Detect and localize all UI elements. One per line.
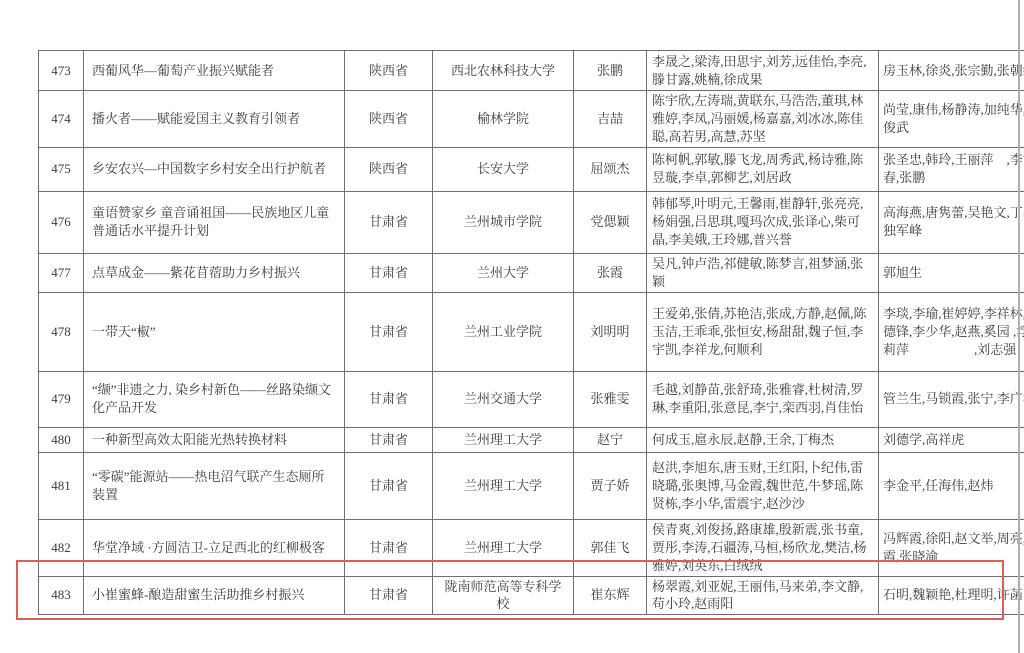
table-row: 474 播火者——赋能爱国主义教育引领者 陕西省 榆林学院 吉喆 陈宇欣,左涛瑞…	[39, 91, 1024, 148]
page-edge-line	[1018, 0, 1020, 653]
document-page: 473 西葡风华—葡萄产业振兴赋能者 陕西省 西北农林科技大学 张鹏 李晟之,梁…	[0, 0, 1024, 653]
cell-row-number: 480	[39, 427, 84, 452]
cell-leader: 党偲颖	[574, 191, 647, 253]
cell-advisors: 管兰生,马锁霞,张宁,李广根	[879, 371, 1024, 427]
cell-row-number: 475	[39, 147, 84, 191]
cell-school: 兰州城市学院	[433, 191, 574, 253]
cell-leader: 张霞	[574, 253, 647, 292]
cell-members: 吴凡,钟卢浩,祁健敏,陈梦言,祖梦涵,张颖	[647, 253, 879, 292]
table-row: 478 一带天“椒” 甘肃省 兰州工业学院 刘明明 王爱弟,张倩,苏艳洁,张成,…	[39, 292, 1024, 371]
table-row: 479 “缬”非遗之力, 染乡村新色——丝路染缬文化产品开发 甘肃省 兰州交通大…	[39, 371, 1024, 427]
cell-members: 何成玉,扈永辰,赵静,王余,丁梅杰	[647, 427, 879, 452]
cell-project-name: 一种新型高效太阳能光热转换材料	[84, 427, 345, 452]
cell-province: 陕西省	[345, 147, 433, 191]
cell-province: 甘肃省	[345, 519, 433, 576]
table-row: 476 童语赞家乡 童音诵祖国——民族地区儿童普通话水平提升计划 甘肃省 兰州城…	[39, 191, 1024, 253]
cell-advisors: 冯辉霞,徐阳,赵文举,周亮,赵霞,张晓渝	[879, 519, 1024, 576]
cell-leader: 刘明明	[574, 292, 647, 371]
cell-province: 陕西省	[345, 51, 433, 91]
table-row: 473 西葡风华—葡萄产业振兴赋能者 陕西省 西北农林科技大学 张鹏 李晟之,梁…	[39, 51, 1024, 91]
cell-members: 王爱弟,张倩,苏艳洁,张成,方静,赵佩,陈玉洁,王乖乖,张恒安,杨甜甜,魏子恒,…	[647, 292, 879, 371]
cell-leader: 屈颂杰	[574, 147, 647, 191]
table-row: 475 乡安农兴—中国数字乡村安全出行护航者 陕西省 长安大学 屈颂杰 陈柯帆,…	[39, 147, 1024, 191]
cell-row-number: 482	[39, 519, 84, 576]
cell-leader: 张鹏	[574, 51, 647, 91]
cell-school: 兰州理工大学	[433, 427, 574, 452]
cell-row-number: 478	[39, 292, 84, 371]
cell-province: 陕西省	[345, 91, 433, 148]
cell-advisors: 李琰,李瑜,崔婷婷,李祥林,戴德锋,李少华,赵燕,奚园 ,浮莉萍 ,刘志强	[879, 292, 1024, 371]
cell-project-name: “零碳”能源站——热电沼气联产生态厕所装置	[84, 452, 345, 519]
table-row: 477 点草成金——紫花苜蓿助力乡村振兴 甘肃省 兰州大学 张霞 吴凡,钟卢浩,…	[39, 253, 1024, 292]
cell-advisors: 郭旭生	[879, 253, 1024, 292]
table-row: 481 “零碳”能源站——热电沼气联产生态厕所装置 甘肃省 兰州理工大学 贾子娇…	[39, 452, 1024, 519]
cell-school: 陇南师范高等专科学校	[433, 576, 574, 615]
cell-members: 李晟之,梁涛,田思宇,刘芳,远佳怡,李亮,滕甘露,姚楠,徐成果	[647, 51, 879, 91]
cell-members: 毛越,刘静苗,张舒琦,张雅睿,杜树清,罗琳,李重阳,张意昆,李宁,栾西羽,肖佳怡	[647, 371, 879, 427]
cell-leader: 吉喆	[574, 91, 647, 148]
cell-school: 兰州交通大学	[433, 371, 574, 427]
cell-school: 榆林学院	[433, 91, 574, 148]
cell-project-name: 童语赞家乡 童音诵祖国——民族地区儿童普通话水平提升计划	[84, 191, 345, 253]
cell-advisors: 高海燕,唐隽蕾,吴艳文,丁亮,独军峰	[879, 191, 1024, 253]
cell-leader: 张雅雯	[574, 371, 647, 427]
cell-members: 陈宇欣,左涛瑞,黄联东,马浩浩,董琪,林雅婷,李凤,冯丽媛,杨嘉嘉,刘冰冰,陈佳…	[647, 91, 879, 148]
cell-leader: 贾子娇	[574, 452, 647, 519]
cell-school: 兰州理工大学	[433, 519, 574, 576]
cell-row-number: 473	[39, 51, 84, 91]
cell-project-name: 一带天“椒”	[84, 292, 345, 371]
cell-advisors: 张圣忠,韩玲,王丽萍 ,李家春,张鹏	[879, 147, 1024, 191]
cell-province: 甘肃省	[345, 576, 433, 615]
cell-project-name: “缬”非遗之力, 染乡村新色——丝路染缬文化产品开发	[84, 371, 345, 427]
cell-school: 兰州工业学院	[433, 292, 574, 371]
cell-advisors: 房玉林,徐炎,张宗勤,张朝红	[879, 51, 1024, 91]
cell-project-name: 播火者——赋能爱国主义教育引领者	[84, 91, 345, 148]
cell-members: 杨翠霞,刘亚妮,王丽伟,马来弟,李文静,苟小玲,赵雨阳	[647, 576, 879, 615]
cell-advisors: 刘德学,高祥虎	[879, 427, 1024, 452]
projects-table: 473 西葡风华—葡萄产业振兴赋能者 陕西省 西北农林科技大学 张鹏 李晟之,梁…	[38, 50, 1024, 615]
table-row: 480 一种新型高效太阳能光热转换材料 甘肃省 兰州理工大学 赵宁 何成玉,扈永…	[39, 427, 1024, 452]
cell-advisors: 石明,魏颖艳,杜理明,许菡	[879, 576, 1024, 615]
cell-project-name: 华堂净域 ·方圆洁卫-立足西北的红柳极客	[84, 519, 345, 576]
table-row-highlighted: 483 小崔蜜蜂-酿造甜蜜生活助推乡村振兴 甘肃省 陇南师范高等专科学校 崔东辉…	[39, 576, 1024, 615]
cell-project-name: 乡安农兴—中国数字乡村安全出行护航者	[84, 147, 345, 191]
cell-advisors: 李金平,任海伟,赵炜	[879, 452, 1024, 519]
cell-province: 甘肃省	[345, 371, 433, 427]
cell-school: 长安大学	[433, 147, 574, 191]
cell-province: 甘肃省	[345, 292, 433, 371]
cell-school: 西北农林科技大学	[433, 51, 574, 91]
cell-members: 陈柯帆,郭敏,滕飞龙,周秀武,杨诗雅,陈昱璇,李卓,郭柳艺,刘居政	[647, 147, 879, 191]
cell-province: 甘肃省	[345, 427, 433, 452]
cell-project-name: 西葡风华—葡萄产业振兴赋能者	[84, 51, 345, 91]
cell-province: 甘肃省	[345, 253, 433, 292]
cell-province: 甘肃省	[345, 191, 433, 253]
table-row: 482 华堂净域 ·方圆洁卫-立足西北的红柳极客 甘肃省 兰州理工大学 郭佳飞 …	[39, 519, 1024, 576]
cell-project-name: 小崔蜜蜂-酿造甜蜜生活助推乡村振兴	[84, 576, 345, 615]
cell-leader: 郭佳飞	[574, 519, 647, 576]
cell-row-number: 476	[39, 191, 84, 253]
cell-members: 侯青爽,刘俊扬,路康雄,殷新震,张书童,贾彤,李涛,石疆涛,马桓,杨欣龙,樊洁,…	[647, 519, 879, 576]
cell-leader: 崔东辉	[574, 576, 647, 615]
cell-row-number: 474	[39, 91, 84, 148]
cell-province: 甘肃省	[345, 452, 433, 519]
cell-row-number: 481	[39, 452, 84, 519]
cell-members: 赵洪,李旭东,唐玉财,王红阳,卜纪伟,雷晓璐,张奥博,马金霞,魏世范,牛梦瑶,陈…	[647, 452, 879, 519]
cell-advisors: 尚莹,康伟,杨静涛,加纯华,薛俊武	[879, 91, 1024, 148]
cell-leader: 赵宁	[574, 427, 647, 452]
cell-row-number: 479	[39, 371, 84, 427]
cell-project-name: 点草成金——紫花苜蓿助力乡村振兴	[84, 253, 345, 292]
cell-members: 韩郁琴,叶明元,王馨雨,崔静轩,张亮亮,杨娟强,吕思琪,嘎玛次成,张译心,柴可晶…	[647, 191, 879, 253]
cell-row-number: 483	[39, 576, 84, 615]
cell-school: 兰州理工大学	[433, 452, 574, 519]
cell-school: 兰州大学	[433, 253, 574, 292]
cell-row-number: 477	[39, 253, 84, 292]
